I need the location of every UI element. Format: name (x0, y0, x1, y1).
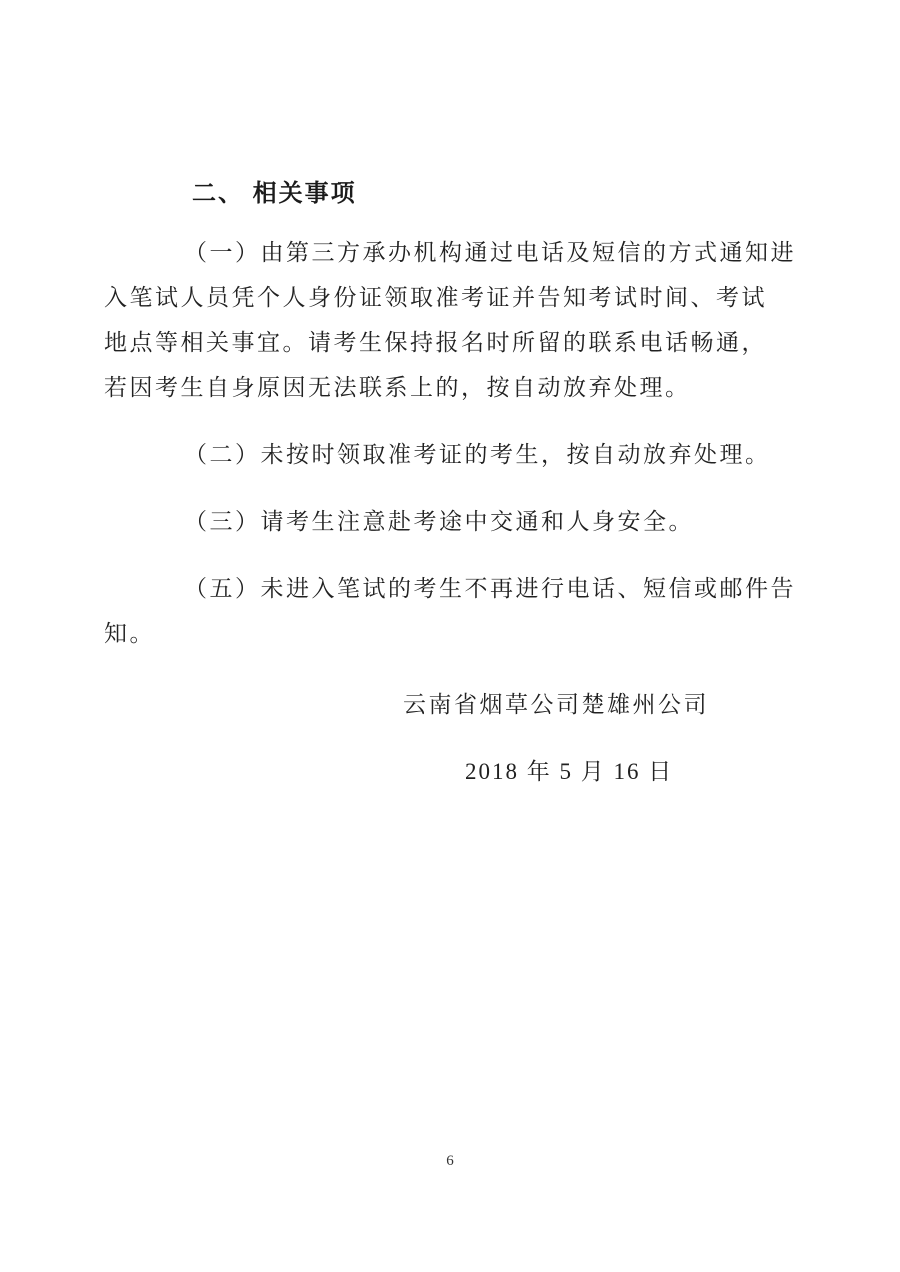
paragraph-line: 地点等相关事宜。请考生保持报名时所留的联系电话畅通， (104, 320, 769, 365)
signature-line: 云南省烟草公司楚雄州公司 (403, 682, 769, 727)
section-heading: 二、 相关事项 (192, 171, 769, 216)
paragraph-line: （一）由第三方承办机构通过电话及短信的方式通知进 (104, 230, 769, 275)
document-page: 二、 相关事项 （一）由第三方承办机构通过电话及短信的方式通知进入笔试人员凭个人… (0, 0, 900, 1272)
paragraph: （三）请考生注意赴考途中交通和人身安全。 (104, 499, 769, 544)
paragraph-line: 知。 (104, 611, 769, 656)
page-number: 6 (0, 1150, 900, 1172)
paragraph: （二）未按时领取准考证的考生，按自动放弃处理。 (104, 432, 769, 477)
paragraph-line: （五）未进入笔试的考生不再进行电话、短信或邮件告 (104, 566, 769, 611)
paragraph-line: （二）未按时领取准考证的考生，按自动放弃处理。 (104, 432, 769, 477)
date-line: 2018 年 5 月 16 日 (465, 749, 769, 794)
paragraph: （五）未进入笔试的考生不再进行电话、短信或邮件告知。 (104, 566, 769, 656)
paragraph-line: 若因考生自身原因无法联系上的，按自动放弃处理。 (104, 365, 769, 410)
paragraph: （一）由第三方承办机构通过电话及短信的方式通知进入笔试人员凭个人身份证领取准考证… (104, 230, 769, 410)
document-content: 二、 相关事项 （一）由第三方承办机构通过电话及短信的方式通知进入笔试人员凭个人… (104, 0, 769, 794)
paragraph-line: 入笔试人员凭个人身份证领取准考证并告知考试时间、考试 (104, 275, 769, 320)
document-paragraphs: （一）由第三方承办机构通过电话及短信的方式通知进入笔试人员凭个人身份证领取准考证… (104, 230, 769, 656)
paragraph-line: （三）请考生注意赴考途中交通和人身安全。 (104, 499, 769, 544)
